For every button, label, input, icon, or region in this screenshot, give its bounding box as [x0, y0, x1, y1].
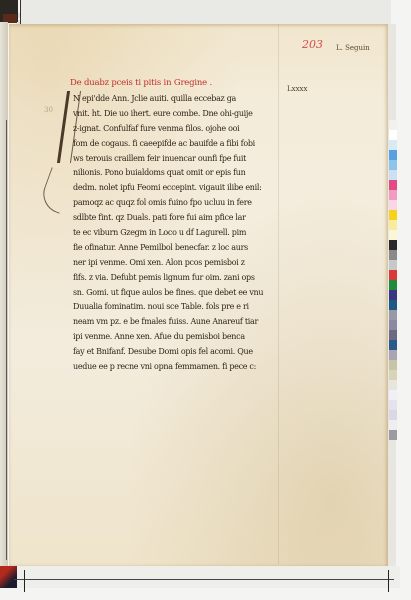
- calibration-swatch: [389, 180, 397, 190]
- calibration-swatch: [389, 430, 397, 440]
- calibration-swatch: [389, 160, 397, 170]
- calibration-swatch: [389, 280, 397, 290]
- text-line: N epi'dde Ann. Jclie auiti. quilla ecceb…: [73, 92, 295, 107]
- rubric-heading: De duabz pceis ti pitis in Gregine .: [70, 78, 212, 88]
- calibration-swatch: [389, 320, 397, 330]
- text-line: nilionis. Pono buialdoms quat omit or ep…: [73, 166, 295, 181]
- calibration-swatch: [389, 270, 397, 280]
- text-line: ipi venme. Anne xen. Afue du pemisboi be…: [73, 330, 295, 345]
- calibration-swatch: [389, 420, 397, 430]
- scan-guide-line: [6, 120, 7, 560]
- calibration-swatch: [389, 200, 397, 210]
- calibration-swatch: [389, 220, 397, 230]
- text-line: fie ofinatur. Anne Pemilbol benecfar. z …: [73, 241, 295, 256]
- text-line: te ec viburn Gzegm in Loco u df Lagurell…: [73, 226, 295, 241]
- calibration-swatch: [389, 230, 397, 240]
- calibration-swatch: [389, 390, 397, 400]
- text-line: vnit. ht. Die uo ihert. eure combe. Dne …: [73, 107, 295, 122]
- manuscript-text-block: N epi'dde Ann. Jclie auiti. quilla ecceb…: [73, 92, 295, 375]
- text-line: dedm. nolet ipfu Feomi eccepint. vigauit…: [73, 181, 295, 196]
- shelfmark-note: L. Seguin: [336, 44, 370, 52]
- folio-number: 203: [302, 38, 323, 51]
- calibration-swatch: [389, 350, 397, 360]
- calibration-swatch: [389, 300, 397, 310]
- text-line: z-ignat. Confulfaf fure venma filos. ojo…: [73, 122, 295, 137]
- calibration-swatch: [389, 340, 397, 350]
- calibration-swatch: [389, 250, 397, 260]
- margin-note: 30: [44, 106, 53, 114]
- calibration-swatch: [389, 360, 397, 370]
- calibration-swatch: [389, 120, 397, 130]
- calibration-swatch: [389, 410, 397, 420]
- text-line: uedue ee p recne vni opna femmamen. fi p…: [73, 360, 295, 375]
- calibration-swatch: [389, 150, 397, 160]
- calibration-swatch: [389, 370, 397, 380]
- calibration-swatch: [389, 330, 397, 340]
- color-calibration-strip: [389, 120, 397, 440]
- calibration-swatch: [389, 140, 397, 150]
- text-line: Duualia fominatim. noui sce Table. fols …: [73, 300, 295, 315]
- calibration-swatch: [389, 400, 397, 410]
- top-scan-strip: [20, 0, 391, 25]
- text-line: sn. Gomi. ut fique aulos be fines. que d…: [73, 286, 295, 301]
- crop-guide-line: [14, 579, 394, 580]
- text-line: pamoqz ac quqz fol omis fuino fpo ucluu …: [73, 196, 295, 211]
- text-line: neam vm pz. e be fmales fuiss. Aune Anar…: [73, 315, 295, 330]
- calibration-swatch: [389, 130, 397, 140]
- text-line: ner ipi venme. Omi xen. Alon pcos pemisb…: [73, 256, 295, 271]
- text-line: sdlbte fint. qz Duals. pati fore fui aim…: [73, 211, 295, 226]
- calibration-swatch: [389, 310, 397, 320]
- calibration-swatch: [389, 210, 397, 220]
- text-line: fifs. z via. Defubt pemis lignum fur oim…: [73, 271, 295, 286]
- calibration-swatch: [389, 190, 397, 200]
- text-line: fom de cogaus. fi caeepifde ac bauifde a…: [73, 137, 295, 152]
- text-line: fay et Bnifanf. Desube Domi opis fel aco…: [73, 345, 295, 360]
- calibration-swatch: [389, 170, 397, 180]
- calibration-swatch: [389, 380, 397, 390]
- calibration-swatch: [389, 240, 397, 250]
- calibration-swatch: [389, 290, 397, 300]
- scan-corner-binding-bottom: [0, 566, 17, 588]
- bottom-scan-strip: [10, 566, 400, 588]
- text-line: ws terouis craillem feir inuencar ounfi …: [73, 152, 295, 167]
- calibration-swatch: [389, 260, 397, 270]
- crop-mark: [388, 570, 389, 592]
- crop-mark: [24, 570, 25, 592]
